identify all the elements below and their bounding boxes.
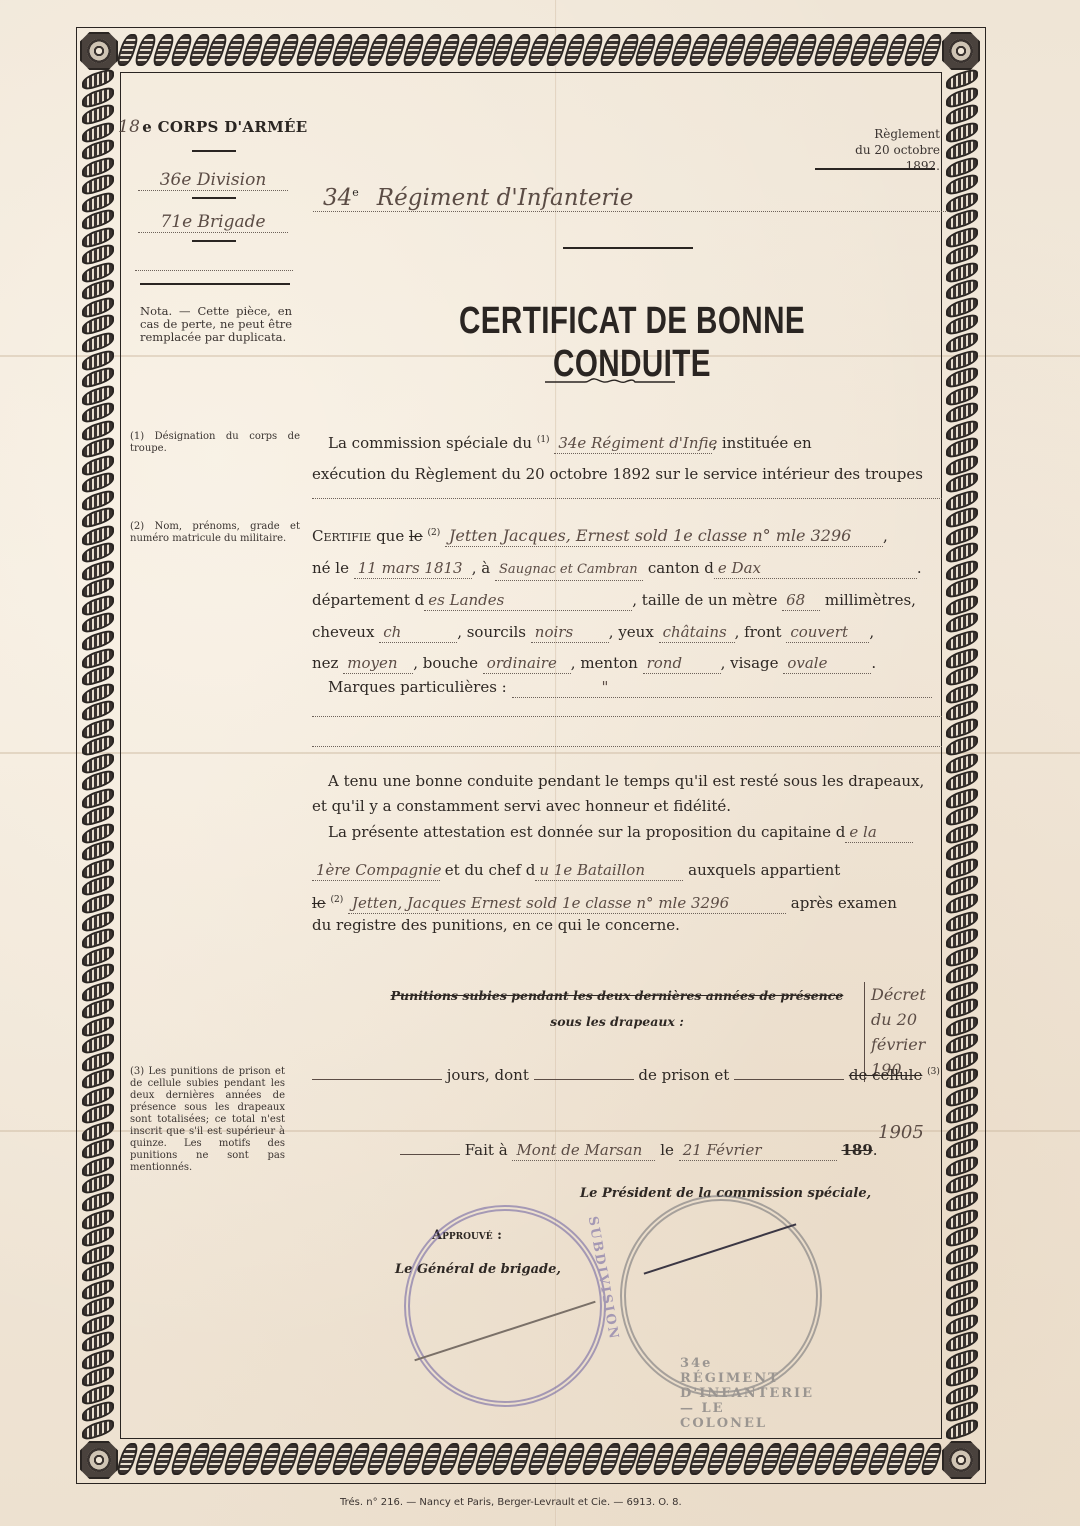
place-field: Mont de Marsan <box>512 1140 655 1161</box>
year-printed: 189 <box>841 1141 872 1159</box>
text: de cellule <box>849 1066 922 1084</box>
body-line-commission: La commission spéciale du (1) 34e Régime… <box>312 430 958 454</box>
text: Fait à <box>465 1141 508 1159</box>
ornament-swirl-icon <box>545 376 675 386</box>
blank-field <box>312 498 942 499</box>
certificate-title: CERTIFICAT DE BONNE CONDUITE <box>390 300 874 386</box>
brigade-field: 71e Brigade <box>138 212 288 233</box>
text: , à <box>472 559 490 577</box>
fait-line: Fait à Mont de Marsan le 21 Février 189. <box>400 1140 940 1161</box>
printer-imprint: Trés. n° 216. — Nancy et Paris, Berger-L… <box>340 1497 940 1508</box>
text: après examen <box>791 894 897 912</box>
nose-field: moyen <box>343 653 413 674</box>
body-line-registre: du registre des punitions, en ce qui le … <box>312 915 942 935</box>
body-line-conduct: A tenu une bonne conduite pendant le tem… <box>312 771 958 791</box>
marks-field: " <box>512 677 932 698</box>
divider <box>192 197 236 199</box>
hair-field: ch <box>379 622 457 643</box>
soldier-name-field: Jetten, Jacques Ernest sold 1e classe n°… <box>348 893 786 914</box>
regiment-suffix: e <box>352 186 359 199</box>
ornamental-border-top <box>120 32 940 68</box>
text: nez <box>312 654 338 672</box>
stamp-text: 34e RÉGIMENT D'INFANTERIE — LE COLONEL <box>680 1356 816 1431</box>
date-field: 21 Février <box>679 1140 837 1161</box>
nota-text: Nota. — Cette pièce, en cas de perte, ne… <box>140 305 292 344</box>
text: La présente attestation est donnée sur l… <box>328 823 845 841</box>
margin-note-3: (3) Les punitions de prison et de cellul… <box>130 1066 285 1174</box>
margin-note-1: (1) Désignation du corps de troupe. <box>130 431 300 455</box>
forehead-field: couvert <box>786 622 869 643</box>
decree-line: du 20 <box>871 1007 951 1032</box>
footnote-ref: (2) <box>330 895 343 905</box>
text: , visage <box>721 654 779 672</box>
body-line-cheveux: cheveux ch, sourcils noirs, yeux châtain… <box>312 622 942 643</box>
punitions-line: jours, dont de prison et de cellule (3) <box>312 1062 872 1085</box>
ornamental-border-bottom <box>120 1441 940 1477</box>
corps-heading: 18e CORPS D'ARMÉE <box>118 117 307 137</box>
text: jours, dont <box>447 1066 529 1084</box>
footnote-ref: (2) <box>427 528 440 538</box>
birth-place-field: Saugnac et Cambran <box>495 560 643 581</box>
divider-swash <box>140 283 290 285</box>
punitions-heading: Punitions subies pendant les deux derniè… <box>372 988 862 1003</box>
body-line-departement: département des Landes, taille de un mèt… <box>312 590 942 611</box>
text: La commission spéciale du <box>328 434 532 452</box>
corner-rosette-icon <box>942 32 980 70</box>
text: et du chef d <box>445 861 536 879</box>
text: , bouche <box>413 654 478 672</box>
text: , taille de un mètre <box>632 591 777 609</box>
corner-rosette-icon <box>80 1441 118 1479</box>
battalion-field: u 1e Bataillon <box>535 860 683 881</box>
division-field: 36e Division <box>138 170 288 191</box>
canton-field: e Dax <box>714 558 917 579</box>
eyebrows-field: noirs <box>531 622 609 643</box>
mouth-field: ordinaire <box>483 653 571 674</box>
body-line-name-repeat: le (2) Jetten, Jacques Ernest sold 1e cl… <box>312 890 942 914</box>
footnote-ref: (3) <box>927 1067 940 1077</box>
body-line-execution: exécution du Règlement du 20 octobre 189… <box>312 464 942 484</box>
body-line-attestation: La présente attestation est donnée sur l… <box>312 822 958 843</box>
margin-note-2: (2) Nom, prénoms, grade et numéro matric… <box>130 521 300 545</box>
ornamental-border-left <box>80 72 116 1437</box>
reglement-line1: Règlement <box>820 126 940 142</box>
company-field: 1ère Compagnie <box>312 860 440 881</box>
regiment-name: Régiment d'Infanterie <box>377 185 634 211</box>
body-line-company: 1ère Compagnie et du chef du 1e Bataillo… <box>312 860 942 881</box>
blank-field <box>312 746 942 747</box>
divider <box>563 247 693 249</box>
text: millimètres, <box>825 591 916 609</box>
body-line-marques: Marques particulières : " <box>312 677 958 698</box>
ornamental-border-right <box>944 72 980 1437</box>
year-field: 1905 <box>878 1122 924 1143</box>
divider-swash <box>815 168 935 170</box>
body-line-certifie: Certifie que le (2) Jetten Jacques, Erne… <box>312 523 942 547</box>
divider <box>192 150 236 152</box>
body-line-nez: nez moyen, bouche ordinaire, menton rond… <box>312 653 942 674</box>
text: , front <box>735 623 782 641</box>
reglement-reference: Règlement du 20 octobre 1892. <box>820 126 940 174</box>
text: né le <box>312 559 349 577</box>
height-field: 68 <box>782 590 820 611</box>
divider <box>192 240 236 242</box>
chin-field: rond <box>643 653 721 674</box>
text: , sourcils <box>457 623 526 641</box>
body-line-honour: et qu'il y a constamment servi avec honn… <box>312 796 942 816</box>
regiment-field: 34e Régiment d'Infie <box>554 433 712 454</box>
text: département d <box>312 591 424 609</box>
corner-rosette-icon <box>942 1441 980 1479</box>
punitions-subheading: sous les drapeaux : <box>372 1014 862 1029</box>
regiment-number: 34 <box>323 185 352 211</box>
soldier-name-field: Jetten Jacques, Ernest sold 1e classe n°… <box>445 526 883 547</box>
text: que <box>376 527 404 545</box>
text: , menton <box>571 654 638 672</box>
text-struck: le <box>312 894 326 912</box>
corps-label: e CORPS D'ARMÉE <box>142 118 307 136</box>
footnote-ref: (1) <box>537 435 550 445</box>
blank-field <box>312 716 942 717</box>
departement-field: es Landes <box>424 590 632 611</box>
decree-line: Décret <box>871 982 951 1007</box>
text: Certifie <box>312 527 371 545</box>
corner-rosette-icon <box>80 32 118 70</box>
text: le <box>660 1141 674 1159</box>
text-struck: le <box>409 527 423 545</box>
face-field: ovale <box>783 653 871 674</box>
text: de prison et <box>638 1066 729 1084</box>
corps-number: 18 <box>118 117 140 137</box>
text: . <box>873 1141 878 1159</box>
captain-field: e la <box>845 822 913 843</box>
text: , yeux <box>609 623 654 641</box>
eyes-field: châtains <box>659 622 735 643</box>
body-line-birth: né le 11 mars 1813, à Saugnac et Cambran… <box>312 558 942 581</box>
text: , instituée en <box>712 434 811 452</box>
birth-date-field: 11 mars 1813 <box>354 558 472 579</box>
text: canton d <box>648 559 714 577</box>
text: auxquels appartient <box>688 861 840 879</box>
text: cheveux <box>312 623 374 641</box>
blank-field <box>135 270 293 271</box>
text: Marques particulières : <box>328 678 507 696</box>
regiment-line: 34eRégiment d'Infanterie <box>313 185 953 212</box>
